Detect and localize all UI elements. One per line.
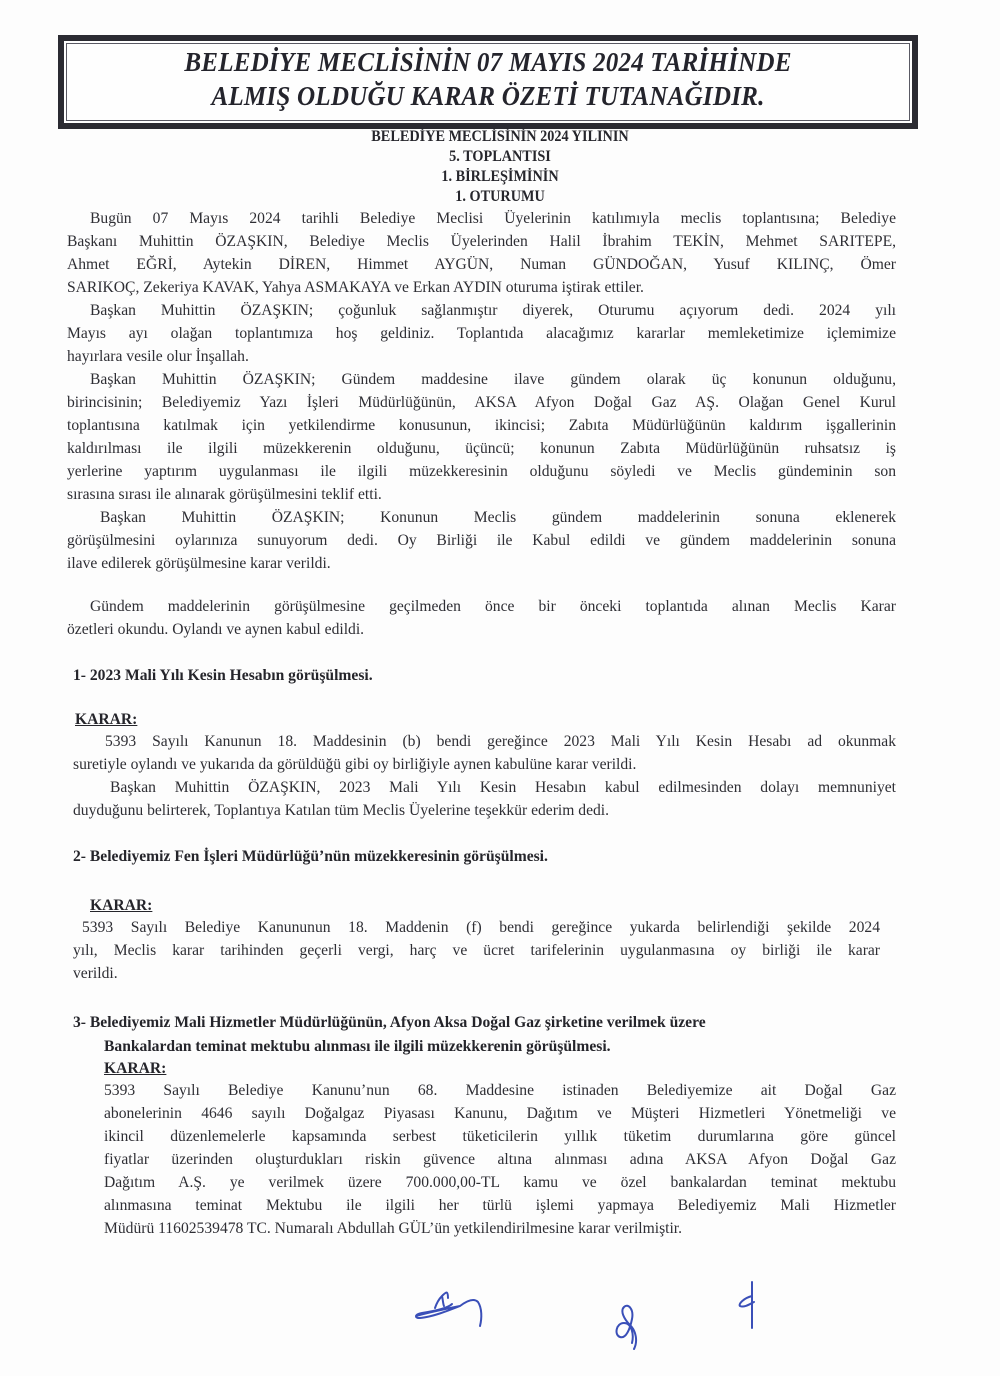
signature-3-icon	[730, 1278, 770, 1338]
session-heading-2: 5. TOPLANTISI	[40, 148, 960, 166]
agenda-item-1-line: suretiyle oylandı ve yukarıda da görüldü…	[73, 756, 636, 774]
intro-p2-line: hayırlara vesile olur İnşallah.	[67, 348, 249, 366]
agenda-item-3-heading-line-2: Bankalardan teminat mektubu alınması ile…	[104, 1038, 611, 1056]
intro-p1-line: Ahmet EĞRİ, Aytekin DİREN, Himmet AYGÜN,…	[67, 256, 896, 274]
intro-p1-line: Bugün 07 Mayıs 2024 tarihli Belediye Mec…	[90, 210, 896, 228]
agenda-item-2-heading: 2- Belediyemiz Fen İşleri Müdürlüğü’nün …	[73, 848, 548, 866]
session-heading-3: 1. BİRLEŞİMİNİN	[40, 168, 960, 186]
agenda-item-2-line: 5393 Sayılı Belediye Kanununun 18. Madde…	[82, 919, 880, 937]
signature-1-icon	[410, 1278, 500, 1338]
intro-p5-line: Gündem maddelerinin görüşülmesine geçilm…	[90, 598, 896, 616]
intro-p2-line: Başkan Muhittin ÖZAŞKIN; çoğunluk sağlan…	[90, 302, 896, 320]
agenda-item-3-karar-label: KARAR:	[104, 1060, 166, 1078]
intro-p4-line: ilave edilerek görüşülmesine karar veril…	[67, 555, 331, 573]
intro-p4-line: Başkan Muhittin ÖZAŞKIN; Konunun Meclis …	[100, 509, 896, 527]
document-title-line-1: BELEDİYE MECLİSİNİN 07 MAYIS 2024 TARİHİ…	[94, 47, 883, 78]
agenda-item-2-karar-label: KARAR:	[90, 897, 152, 915]
agenda-item-2-line: yılı, Meclis karar tarihinden geçerli ve…	[73, 942, 880, 960]
intro-p3-line: kaldırılması ile ilgili müzekkerenin old…	[67, 440, 896, 458]
agenda-item-1-line: 5393 Sayılı Kanunun 18. Maddesinin (b) b…	[105, 733, 896, 751]
signature-2-icon	[608, 1293, 648, 1353]
document-page: BELEDİYE MECLİSİNİN 07 MAYIS 2024 TARİHİ…	[0, 0, 1000, 1376]
agenda-item-3-line: alınmasına teminat Mektubu ile ilgili he…	[104, 1197, 896, 1215]
agenda-item-1-heading: 1- 2023 Mali Yılı Kesin Hesabın görüşülm…	[73, 667, 373, 685]
title-box: BELEDİYE MECLİSİNİN 07 MAYIS 2024 TARİHİ…	[58, 35, 918, 129]
intro-p3-line: toplantısına katılmak için yetkilendirme…	[67, 417, 896, 435]
session-heading-1: BELEDİYE MECLİSİNİN 2024 YILININ	[40, 128, 960, 146]
agenda-item-3-line: abonelerinin 4646 sayılı Doğalgaz Piyasa…	[104, 1105, 896, 1123]
agenda-item-3-line: Dağıtım A.Ş. ye verilmek üzere 700.000,0…	[104, 1174, 896, 1192]
agenda-item-3-heading-line-1: 3- Belediyemiz Mali Hizmetler Müdürlüğün…	[73, 1014, 706, 1032]
intro-p1-line: SARIKOÇ, Zekeriya KAVAK, Yahya ASMAKAYA …	[67, 279, 644, 297]
agenda-item-1-line: duyduğunu belirterek, Toplantıya Katılan…	[73, 802, 609, 820]
agenda-item-3-line: fiyatlar üzerinden oluşturdukları riskin…	[104, 1151, 896, 1169]
agenda-item-3-line: ikincil düzenlemelerle kapsamında serbes…	[104, 1128, 896, 1146]
intro-p4-line: görüşülmesini oylarınıza sunuyorum dedi.…	[67, 532, 896, 550]
agenda-item-1-line: Başkan Muhittin ÖZAŞKIN, 2023 Mali Yılı …	[110, 779, 896, 797]
document-title-line-2: ALMIŞ OLDUĞU KARAR ÖZETİ TUTANAĞIDIR.	[94, 81, 883, 112]
intro-p3-line: sırasına sırası ile alınarak görüşülmesi…	[67, 486, 382, 504]
intro-p3-line: birincisinin; Belediyemiz Yazı İşleri Mü…	[67, 394, 896, 412]
agenda-item-1-karar-label: KARAR:	[75, 711, 137, 729]
intro-p1-line: Başkanı Muhittin ÖZAŞKIN, Belediye Mecli…	[67, 233, 896, 251]
intro-p5-line: özetleri okundu. Oylandı ve aynen kabul …	[67, 621, 364, 639]
agenda-item-3-line: 5393 Sayılı Belediye Kanunu’nun 68. Madd…	[104, 1082, 896, 1100]
intro-p3-line: Başkan Muhittin ÖZAŞKIN; Gündem maddesin…	[90, 371, 896, 389]
intro-p3-line: yerlerine yaptırım uygulanması ile ilgil…	[67, 463, 896, 481]
session-heading-4: 1. OTURUMU	[40, 188, 960, 206]
agenda-item-3-line: Müdürü 11602539478 TC. Numaralı Abdullah…	[104, 1220, 682, 1238]
agenda-item-2-line: verildi.	[73, 965, 118, 983]
intro-p2-line: Mayıs ayı olağan toplantımıza hoş geldin…	[67, 325, 896, 343]
